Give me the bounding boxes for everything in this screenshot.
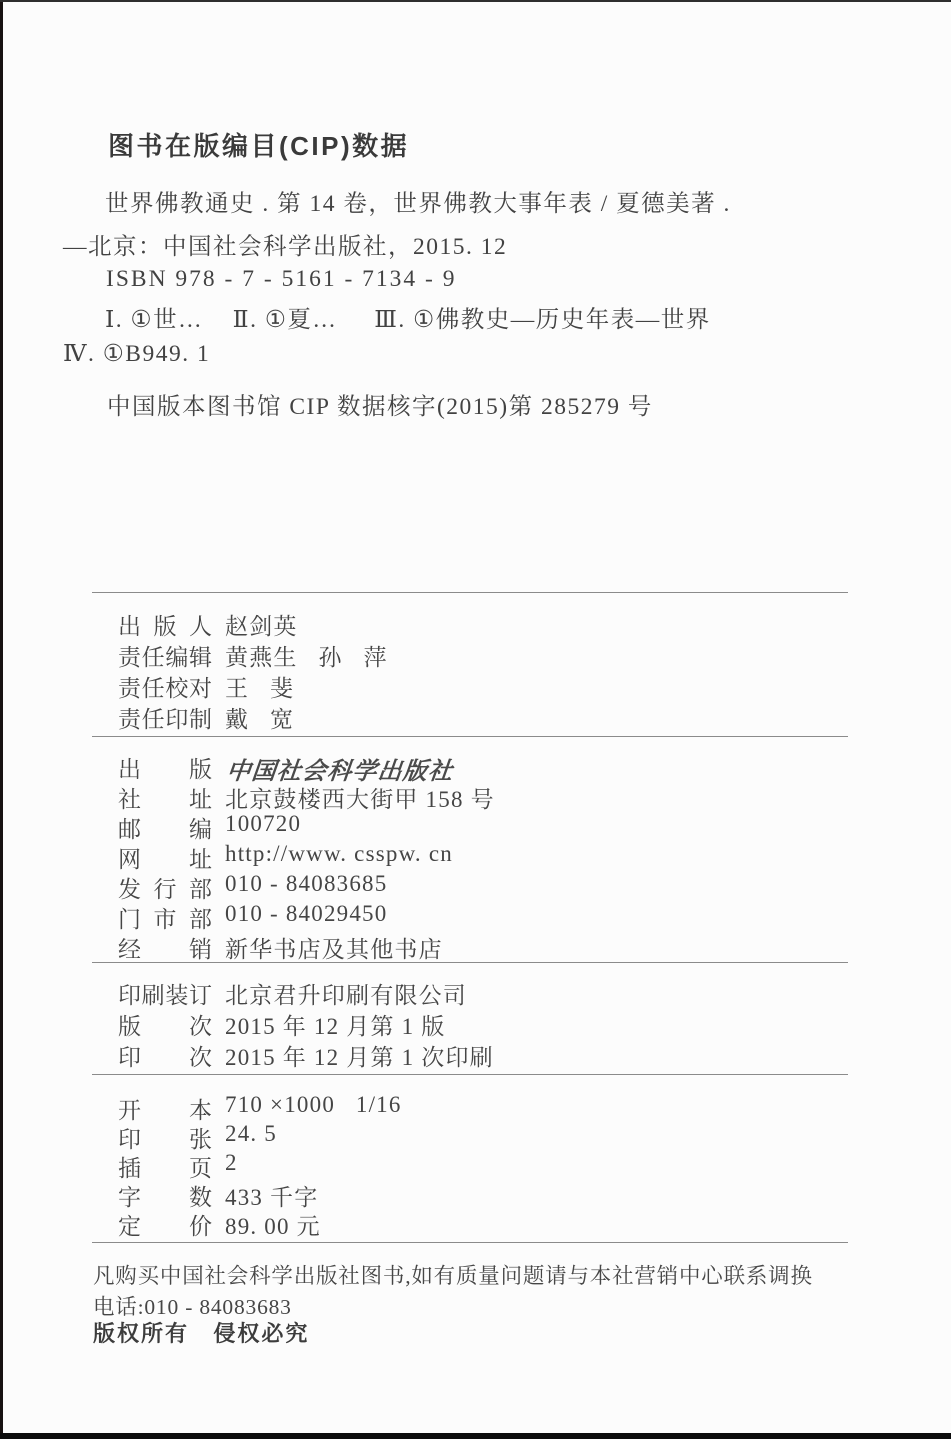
colophon-row: 发 行 部 010 - 84083685	[118, 871, 495, 901]
colophon-row: 责任印制 戴 宽	[118, 701, 388, 732]
row-value: 黄燕生 孙 萍	[225, 639, 388, 672]
colophon-row: 印 张 24. 5	[118, 1121, 402, 1150]
colophon-row: 字 数 433 千字	[118, 1179, 402, 1208]
row-label: 出 版	[118, 751, 212, 784]
colophon-row: 出 版 中国社会科学出版社	[118, 751, 495, 781]
cip-record-line2: —北京：中国社会科学出版社，2015. 12	[63, 227, 507, 261]
colophon-row: 出 版 人 赵剑英	[118, 608, 388, 639]
row-value: 100720	[225, 811, 301, 837]
divider-rule	[92, 592, 848, 593]
row-label: 门 市 部	[118, 901, 212, 934]
row-value: 2015 年 12 月第 1 版	[225, 1008, 445, 1041]
row-label: 版 次	[118, 1008, 212, 1041]
cip-heading: 图书在版编目(CIP)数据	[108, 126, 409, 163]
row-label: 社 址	[118, 781, 212, 814]
divider-rule	[92, 1074, 848, 1075]
row-label: 责任印制	[118, 701, 212, 734]
colophon-row: 网 址 http://www. csspw. cn	[118, 841, 495, 871]
colophon-row: 门 市 部 010 - 84029450	[118, 901, 495, 931]
row-value: 010 - 84029450	[225, 901, 387, 927]
colophon-row: 邮 编 100720	[118, 811, 495, 841]
row-label: 邮 编	[118, 811, 212, 844]
cip-classification-line2: Ⅳ. ①B949. 1	[63, 339, 210, 368]
cip-record-line1: 世界佛教通史 . 第 14 卷，世界佛教大事年表 / 夏德美著 .	[105, 184, 731, 218]
row-label: 网 址	[118, 841, 212, 874]
colophon-row: 责任编辑 黄燕生 孙 萍	[118, 639, 388, 670]
row-value: 89. 00 元	[225, 1208, 321, 1241]
colophon-row: 插 页 2	[118, 1150, 402, 1179]
cip-classification-line1: Ⅰ. ①世… Ⅱ. ①夏… Ⅲ. ①佛教史—历史年表—世界	[105, 300, 711, 334]
publisher-section: 出 版 中国社会科学出版社 社 址 北京鼓楼西大街甲 158 号 邮 编 100…	[118, 751, 495, 961]
scan-edge-bottom	[0, 1433, 951, 1439]
row-label: 责任校对	[118, 670, 212, 703]
divider-rule	[92, 1242, 848, 1243]
row-value: 2015 年 12 月第 1 次印刷	[225, 1039, 494, 1072]
book-copyright-page: 图书在版编目(CIP)数据 世界佛教通史 . 第 14 卷，世界佛教大事年表 /…	[0, 0, 951, 1439]
row-value: 2	[225, 1150, 238, 1176]
row-value: 赵剑英	[225, 608, 298, 641]
row-label: 出 版 人	[118, 608, 212, 641]
row-value: 北京君升印刷有限公司	[225, 977, 467, 1010]
row-label: 印 次	[118, 1039, 212, 1072]
row-value: 王 斐	[225, 670, 294, 703]
colophon-row: 定 价 89. 00 元	[118, 1208, 402, 1237]
scan-edge-top	[0, 0, 951, 2]
row-value: 010 - 84083685	[225, 871, 387, 897]
colophon-row: 开 本 710 ×1000 1/16	[118, 1092, 402, 1121]
row-label: 发 行 部	[118, 871, 212, 904]
row-label: 定 价	[118, 1208, 212, 1241]
colophon-row: 版 次 2015 年 12 月第 1 版	[118, 1008, 494, 1039]
printing-section: 印刷装订 北京君升印刷有限公司 版 次 2015 年 12 月第 1 版 印 次…	[118, 977, 494, 1070]
row-label: 经 销	[118, 931, 212, 964]
purchase-notice: 凡购买中国社会科学出版社图书,如有质量问题请与本社营销中心联系调换	[93, 1259, 813, 1290]
colophon-row: 责任校对 王 斐	[118, 670, 388, 701]
divider-rule	[92, 736, 848, 737]
isbn-line: ISBN 978 - 7 - 5161 - 7134 - 9	[106, 266, 456, 293]
staff-section: 出 版 人 赵剑英 责任编辑 黄燕生 孙 萍 责任校对 王 斐 责任印制 戴 宽	[118, 608, 388, 732]
copyright-statement: 版权所有 侵权必究	[93, 1317, 309, 1348]
row-value: 新华书店及其他书店	[225, 931, 443, 964]
colophon-row: 印 次 2015 年 12 月第 1 次印刷	[118, 1039, 494, 1070]
row-label: 责任编辑	[118, 639, 212, 672]
scan-edge-left	[0, 0, 3, 1439]
cip-record-number: 中国版本图书馆 CIP 数据核字(2015)第 285279 号	[107, 387, 653, 421]
colophon-row: 经 销 新华书店及其他书店	[118, 931, 495, 961]
row-value: 戴 宽	[225, 701, 294, 734]
row-value: 24. 5	[225, 1121, 277, 1147]
format-section: 开 本 710 ×1000 1/16 印 张 24. 5 插 页 2 字 数 4…	[118, 1092, 402, 1237]
row-label: 印刷装订	[118, 977, 212, 1010]
colophon-row: 印刷装订 北京君升印刷有限公司	[118, 977, 494, 1008]
row-value: 710 ×1000 1/16	[225, 1092, 402, 1118]
publisher-script-logo: 中国社会科学出版社	[225, 751, 455, 786]
website-url: http://www. csspw. cn	[225, 841, 453, 867]
